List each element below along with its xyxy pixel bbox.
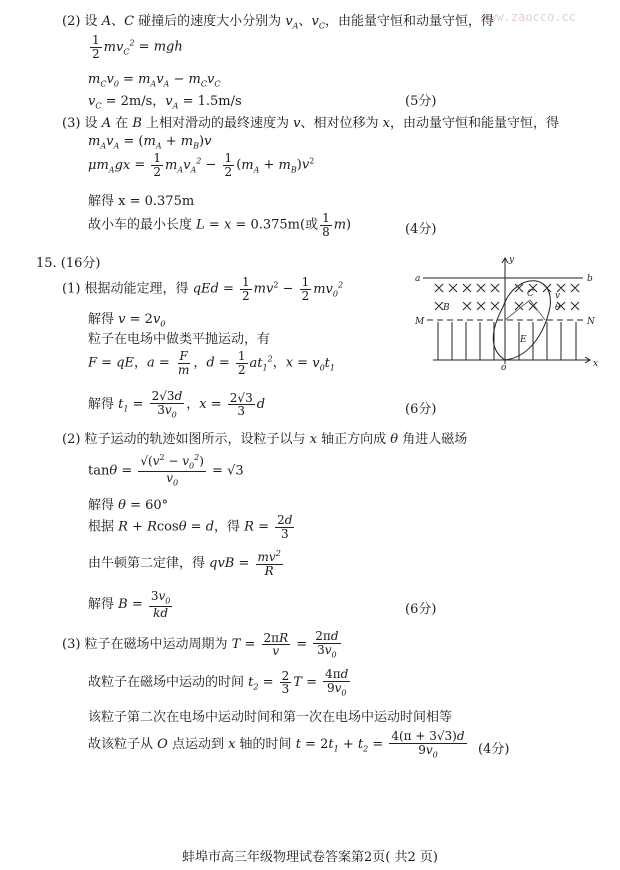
q15-p1-score: (6分) [405,398,436,417]
svg-text:N: N [586,317,596,327]
q14-p3-score: (4分) [405,218,436,237]
q15-p1-label: (1) [62,282,80,297]
q14-p2-label: (2) [62,14,80,29]
q15-p2-score: (6分) [405,598,436,617]
svg-text:E: E [519,335,527,345]
q14-p3-eq1: mAvA = (mA + mB)v [88,134,211,151]
q15-p1-eq3: F = qE，a = Fm，d = 12at12，x = v0t1 [88,350,335,376]
q14-p3-eq4: 故小车的最小长度 L = x = 0.375m(或18m) [88,212,351,238]
q14-p3-intro: (3) 设 A 在 B 上相对滑动的最终速度为 v、相对位移为 x，由动量守恒和… [62,112,559,131]
q15-p2-eq4: 由牛顿第二定律，得 qvB = mv2R [88,550,285,577]
svg-text:a: a [415,274,420,284]
watermark: www.zaocco.cc [482,10,576,24]
svg-text:y: y [508,255,515,265]
svg-text:B: B [442,303,450,313]
q14-p3-label: (3) [62,116,80,131]
q15-p1-eq2: 粒子在电场中做类平抛运动，有 [88,328,270,347]
q15-p1-eq1: 解得 v = 2v0 [88,308,165,329]
svg-text:M: M [414,317,425,327]
q15-p2-intro: (2) 粒子运动的轨迹如图所示，设粒子以与 x 轴正方向成 θ 角进人磁场 [62,428,467,447]
page-footer: 蚌埠市高三年级物理试卷答案第2页( 共2 页) [0,846,620,865]
svg-text:b: b [587,274,593,284]
svg-text:o: o [501,363,507,372]
svg-text:x: x [593,359,598,369]
q15-p2-eq1: tanθ = √(v2 − v02)v0 = √3 [88,454,244,488]
q15-p3-label: (3) [62,637,80,652]
q15-p3-eq1: 故粒子在磁场中运动的时间 t2 = 23T = 4πd9v0 [88,668,352,697]
svg-text:C: C [527,289,534,299]
q14-p2-eq1: 12mvC2 = mgh [88,34,183,60]
q14-p2-eq3: vC = 2m/s，vA = 1.5m/s [88,90,242,111]
q15-p1-eq4: 解得 t1 = 2√3d3v0，x = 2√33d [88,390,265,419]
q15-p3-eq3: 故该粒子从 O 点运动到 x 轴的时间 t = 2t1 + t2 = 4(π +… [88,730,469,759]
q14-p2-eq2: mCv0 = mAvA − mCvC [88,72,220,89]
svg-text:v: v [555,291,560,301]
q15-p2-eq2: 解得 θ = 60° [88,494,168,513]
q14-p3-eq3: 解得 x = 0.375m [88,190,194,209]
q15-p1-intro: (1) 根据动能定理，得 qEd = 12mv2 − 12mv02 [62,276,343,302]
q14-p2-score: (5分) [405,90,436,109]
q15-p2-eq5: 解得 B = 3v0kd [88,590,174,619]
q15-p3-intro: (3) 粒子在磁场中运动周期为 T = 2πRv = 2πd3v0 [62,630,343,659]
q15-p3-score: (4分) [478,738,509,757]
field-diagram: ab BC MN Ev θ ox y [405,252,615,372]
q14-p2-intro: (2) 设 A、C 碰撞后的速度大小分别为 vA、vC，由能量守恒和动量守恒，得 [62,10,494,31]
q15-p3-eq2: 该粒子第二次在电场中运动时间和第一次在电场中运动时间相等 [88,706,452,725]
q15-p2-eq3: 根据 R + Rcosθ = d，得 R = 2d3 [88,514,296,540]
q15-header: 15. (16分) [36,252,101,271]
q14-p3-eq2: μmAgx = 12mAvA2 − 12(mA + mB)v2 [88,152,314,178]
q15-p2-label: (2) [62,432,80,447]
svg-text:θ: θ [555,303,561,313]
